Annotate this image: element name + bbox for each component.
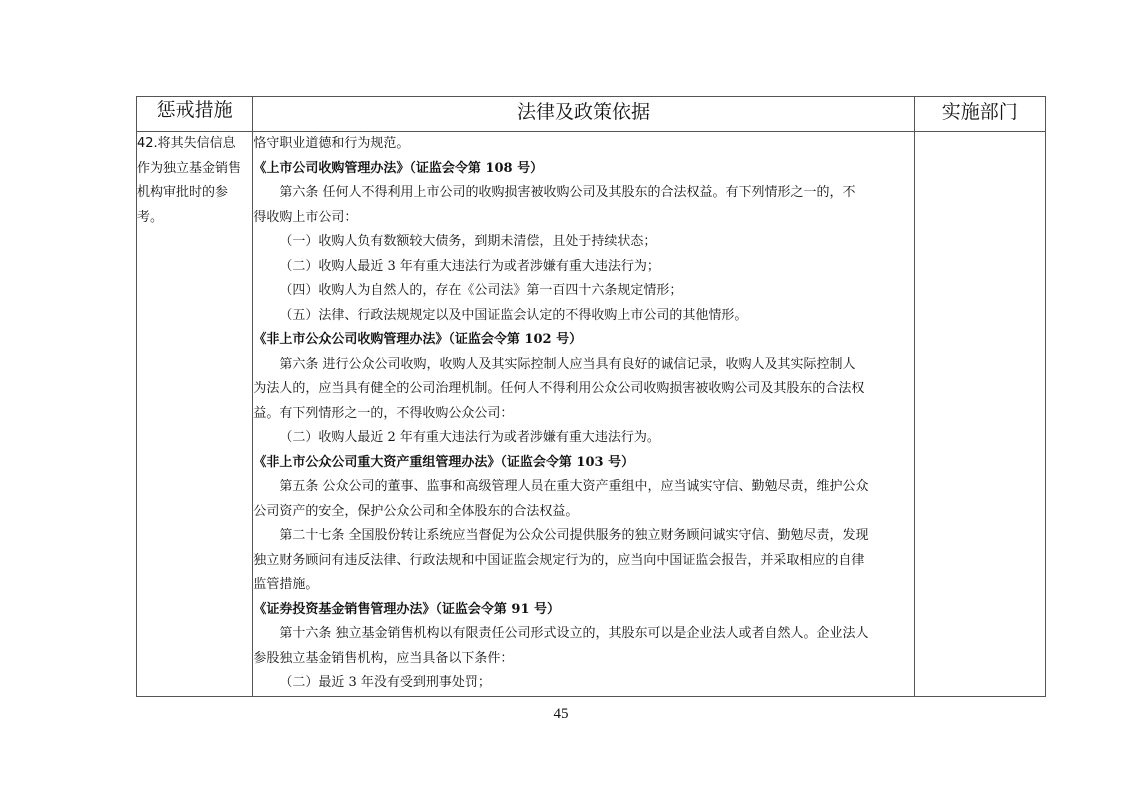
legal-basis-cell: 恪守职业道德和行为规范。 《上市公司收购管理办法》（证监会令第 108 号） 第… bbox=[253, 132, 914, 697]
clause-text: （四）收购人为自然人的，存在《公司法》第一百四十六条规定情形； bbox=[253, 279, 913, 304]
article-text: 独立财务顾问有违反法律、行政法规和中国证监会规定行为的，应当向中国证监会报告，并… bbox=[253, 549, 913, 574]
page-number: 45 bbox=[0, 706, 1122, 723]
measure-line: 作为独立基金销售 bbox=[137, 157, 252, 182]
header-department: 实施部门 bbox=[914, 97, 1045, 132]
table-row: 42.将其失信信息 作为独立基金销售 机构审批时的参 考。 恪守职业道德和行为规… bbox=[137, 132, 1046, 697]
article-text: 第二十七条 全国股份转让系统应当督促为公众公司提供服务的独立财务顾问诚实守信、勤… bbox=[253, 524, 913, 549]
clause-text: （二）收购人最近 2 年有重大违法行为或者涉嫌有重大违法行为。 bbox=[253, 426, 913, 451]
table-header-row: 惩戒措施 法律及政策依据 实施部门 bbox=[137, 97, 1046, 132]
basis-text: 恪守职业道德和行为规范。 bbox=[253, 132, 913, 157]
regulation-title: 《上市公司收购管理办法》（证监会令第 108 号） bbox=[253, 157, 913, 182]
department-cell bbox=[914, 132, 1045, 697]
measure-cell: 42.将其失信信息 作为独立基金销售 机构审批时的参 考。 bbox=[137, 132, 253, 697]
article-text: 监管措施。 bbox=[253, 573, 913, 598]
regulation-title: 《非上市公众公司重大资产重组管理办法》（证监会令第 103 号） bbox=[253, 451, 913, 476]
article-text: 公司资产的安全，保护公众公司和全体股东的合法权益。 bbox=[253, 500, 913, 525]
measure-line: 42.将其失信信息 bbox=[137, 132, 252, 157]
article-text: 得收购上市公司： bbox=[253, 206, 913, 231]
header-legal-basis: 法律及政策依据 bbox=[253, 97, 914, 132]
document-page: 惩戒措施 法律及政策依据 实施部门 42.将其失信信息 作为独立基金销售 机构审… bbox=[0, 0, 1122, 793]
clause-text: （五）法律、行政法规规定以及中国证监会认定的不得收购上市公司的其他情形。 bbox=[253, 304, 913, 329]
measure-line: 机构审批时的参 bbox=[137, 181, 252, 206]
clause-text: （二）收购人最近 3 年有重大违法行为或者涉嫌有重大违法行为； bbox=[253, 255, 913, 280]
header-measure: 惩戒措施 bbox=[137, 97, 253, 132]
article-text: 第六条 任何人不得利用上市公司的收购损害被收购公司及其股东的合法权益。有下列情形… bbox=[253, 181, 913, 206]
article-text: 第五条 公众公司的董事、监事和高级管理人员在重大资产重组中，应当诚实守信、勤勉尽… bbox=[253, 475, 913, 500]
regulation-title: 《证券投资基金销售管理办法》（证监会令第 91 号） bbox=[253, 598, 913, 623]
article-text: 为法人的，应当具有健全的公司治理机制。任何人不得利用公众公司收购损害被收购公司及… bbox=[253, 377, 913, 402]
article-text: 第十六条 独立基金销售机构以有限责任公司形式设立的，其股东可以是企业法人或者自然… bbox=[253, 622, 913, 647]
clause-text: （一）收购人负有数额较大债务，到期未清偿，且处于持续状态； bbox=[253, 230, 913, 255]
regulation-title: 《非上市公众公司收购管理办法》（证监会令第 102 号） bbox=[253, 328, 913, 353]
article-text: 参股独立基金销售机构，应当具备以下条件： bbox=[253, 647, 913, 672]
article-text: 益。有下列情形之一的，不得收购公众公司： bbox=[253, 402, 913, 427]
article-text: 第六条 进行公众公司收购，收购人及其实际控制人应当具有良好的诚信记录，收购人及其… bbox=[253, 353, 913, 378]
punishment-table: 惩戒措施 法律及政策依据 实施部门 42.将其失信信息 作为独立基金销售 机构审… bbox=[136, 96, 1046, 697]
clause-text: （二）最近 3 年没有受到刑事处罚； bbox=[253, 671, 913, 696]
measure-line: 考。 bbox=[137, 206, 252, 231]
